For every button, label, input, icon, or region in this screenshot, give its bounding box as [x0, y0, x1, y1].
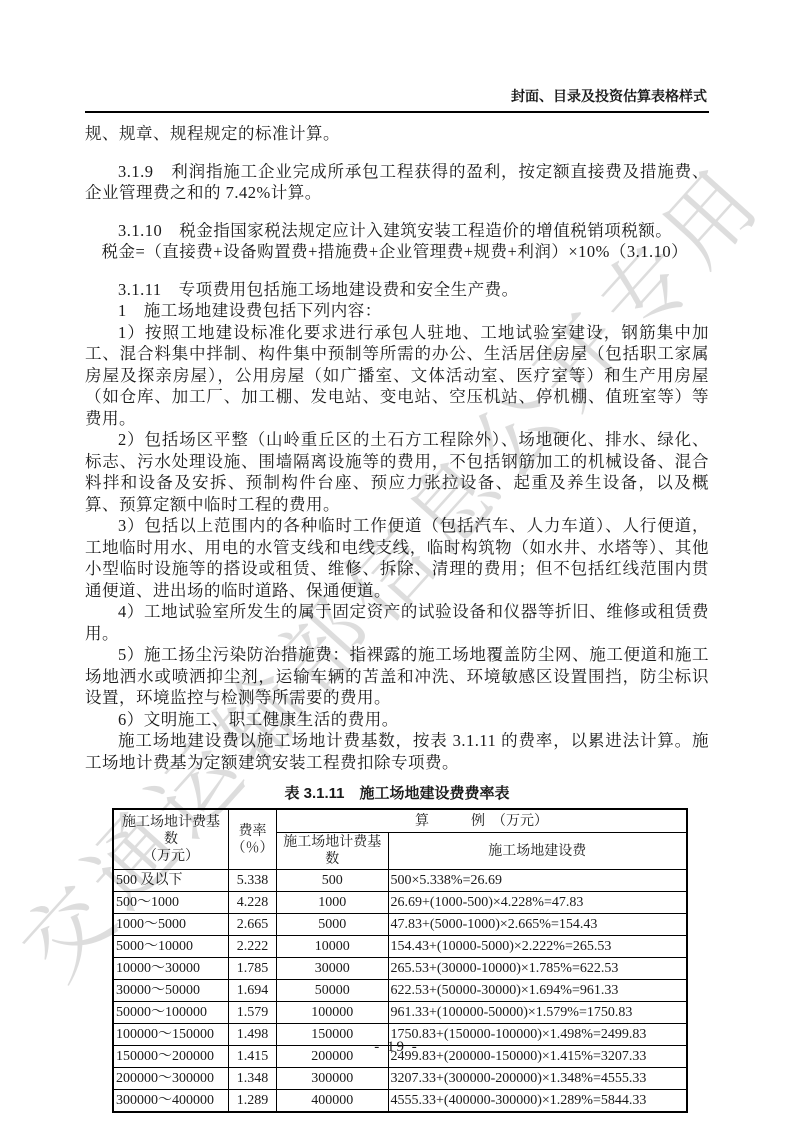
- cell-formula: 47.83+(5000-1000)×2.665%=154.43: [388, 914, 687, 936]
- rate-table-body: 500 及以下5.338500500×5.338%=26.69500～10004…: [113, 870, 687, 1113]
- cell-rate: 1.785: [229, 958, 277, 980]
- paragraph: 税金=（直接费+设备购置费+措施费+企业管理费+规费+利润）×10%（3.1.1…: [85, 241, 709, 263]
- page-number: - 19 -: [0, 1039, 793, 1056]
- cell-basis: 10000: [276, 936, 388, 958]
- table-row: 200000～3000001.3483000003207.33+(300000-…: [113, 1068, 687, 1090]
- cell-basis: 1000: [276, 892, 388, 914]
- paragraph: 施工场地建设费以施工场地计费基数，按表 3.1.11 的费率，以累进法计算。施工…: [85, 730, 709, 773]
- table-row: 1000～50002.665500047.83+(5000-1000)×2.66…: [113, 914, 687, 936]
- cell-basis: 100000: [276, 1002, 388, 1024]
- cell-base: 5000～10000: [113, 936, 229, 958]
- cell-formula: 961.33+(100000-50000)×1.579%=1750.83: [388, 1002, 687, 1024]
- header-cell-sub-fee: 施工场地建设费: [388, 833, 687, 870]
- cell-rate: 1.348: [229, 1068, 277, 1090]
- cell-base: 10000～30000: [113, 958, 229, 980]
- header-cell-rate: 费率 （％）: [229, 809, 277, 870]
- paragraph: 2）包括场区平整（山岭重丘区的土石方工程除外）、场地硬化、排水、绿化、标志、污水…: [85, 429, 709, 515]
- header-rate-unit: （％）: [231, 840, 274, 857]
- paragraph: 1 施工场地建设费包括下列内容：: [85, 300, 709, 322]
- cell-basis: 500: [276, 870, 388, 892]
- table-row: 5000～100002.22210000154.43+(10000-5000)×…: [113, 936, 687, 958]
- cell-rate: 4.228: [229, 892, 277, 914]
- header-cell-sub-basis: 施工场地计费基数: [276, 833, 388, 870]
- cell-base: 500～1000: [113, 892, 229, 914]
- cell-base: 50000～100000: [113, 1002, 229, 1024]
- cell-basis: 400000: [276, 1090, 388, 1113]
- cell-basis: 5000: [276, 914, 388, 936]
- cell-formula: 26.69+(1000-500)×4.228%=47.83: [388, 892, 687, 914]
- cell-formula: 3207.33+(300000-200000)×1.348%=4555.33: [388, 1068, 687, 1090]
- header-cell-base: 施工场地计费基数 （万元）: [113, 809, 229, 870]
- cell-formula: 500×5.338%=26.69: [388, 870, 687, 892]
- paragraph: 4）工地试验室所发生的属于固定资产的试验设备和仪器等折旧、维修或租赁费用。: [85, 601, 709, 644]
- paragraph: 3.1.11 专项费用包括施工场地建设费和安全生产费。: [85, 279, 709, 301]
- cell-base: 1000～5000: [113, 914, 229, 936]
- cell-formula: 622.53+(50000-30000)×1.694%=961.33: [388, 980, 687, 1002]
- table-row: 50000～1000001.579100000961.33+(100000-50…: [113, 1002, 687, 1024]
- cell-base: 30000～50000: [113, 980, 229, 1002]
- cell-base: 500 及以下: [113, 870, 229, 892]
- cell-formula: 154.43+(10000-5000)×2.222%=265.53: [388, 936, 687, 958]
- body-paragraphs: 规、规章、规程规定的标准计算。3.1.9 利润指施工企业完成所承包工程获得的盈利…: [85, 123, 709, 773]
- paragraph: 3）包括以上范围内的各种临时工作便道（包括汽车、人力车道）、人行便道，工地临时用…: [85, 515, 709, 601]
- header-base-unit: （万元）: [116, 848, 226, 865]
- cell-formula: 265.53+(30000-10000)×1.785%=622.53: [388, 958, 687, 980]
- header-base-label: 施工场地计费基数: [116, 814, 226, 848]
- header-cell-example: 算 例 （万元）: [276, 809, 687, 833]
- document-page: 交通运输部信息公开专用 封面、目录及投资估算表格样式 规、规章、规程规定的标准计…: [0, 0, 793, 1122]
- table-caption: 表 3.1.11 施工场地建设费费率表: [85, 782, 709, 803]
- cell-base: 200000～300000: [113, 1068, 229, 1090]
- paragraph: 3.1.10 税金指国家税法规定应计入建筑安装工程造价的增值税销项税额。: [85, 220, 709, 242]
- cell-basis: 50000: [276, 980, 388, 1002]
- table-row: 10000～300001.78530000265.53+(30000-10000…: [113, 958, 687, 980]
- cell-rate: 1.694: [229, 980, 277, 1002]
- paragraph: 3.1.9 利润指施工企业完成所承包工程获得的盈利，按定额直接费及措施费、企业管…: [85, 161, 709, 204]
- running-header: 封面、目录及投资估算表格样式: [85, 86, 709, 113]
- paragraph: 5）施工扬尘污染防治措施费：指裸露的施工场地覆盖防尘网、施工便道和施工场地洒水或…: [85, 644, 709, 709]
- cell-formula: 4555.33+(400000-300000)×1.289%=5844.33: [388, 1090, 687, 1113]
- rate-table: 施工场地计费基数 （万元） 费率 （％） 算 例 （万元） 施工场地计费基数 施…: [112, 808, 688, 1113]
- paragraph: 1）按照工地建设标准化要求进行承包人驻地、工地试验室建设，钢筋集中加工、混合料集…: [85, 322, 709, 430]
- cell-rate: 1.579: [229, 1002, 277, 1024]
- paragraph: 6）文明施工、职工健康生活的费用。: [85, 709, 709, 731]
- cell-rate: 5.338: [229, 870, 277, 892]
- cell-rate: 2.665: [229, 914, 277, 936]
- table-row: 500 及以下5.338500500×5.338%=26.69: [113, 870, 687, 892]
- table-row: 30000～500001.69450000622.53+(50000-30000…: [113, 980, 687, 1002]
- paragraph: 规、规章、规程规定的标准计算。: [85, 123, 709, 145]
- rate-table-head: 施工场地计费基数 （万元） 费率 （％） 算 例 （万元） 施工场地计费基数 施…: [113, 809, 687, 870]
- header-rate-label: 费率: [231, 823, 274, 840]
- table-row: 300000～4000001.2894000004555.33+(400000-…: [113, 1090, 687, 1113]
- cell-basis: 30000: [276, 958, 388, 980]
- page-content: 封面、目录及投资估算表格样式 规、规章、规程规定的标准计算。3.1.9 利润指施…: [0, 0, 793, 1122]
- cell-rate: 2.222: [229, 936, 277, 958]
- table-row: 500～10004.228100026.69+(1000-500)×4.228%…: [113, 892, 687, 914]
- cell-basis: 300000: [276, 1068, 388, 1090]
- cell-rate: 1.289: [229, 1090, 277, 1113]
- table-header-row-1: 施工场地计费基数 （万元） 费率 （％） 算 例 （万元）: [113, 809, 687, 833]
- cell-base: 300000～400000: [113, 1090, 229, 1113]
